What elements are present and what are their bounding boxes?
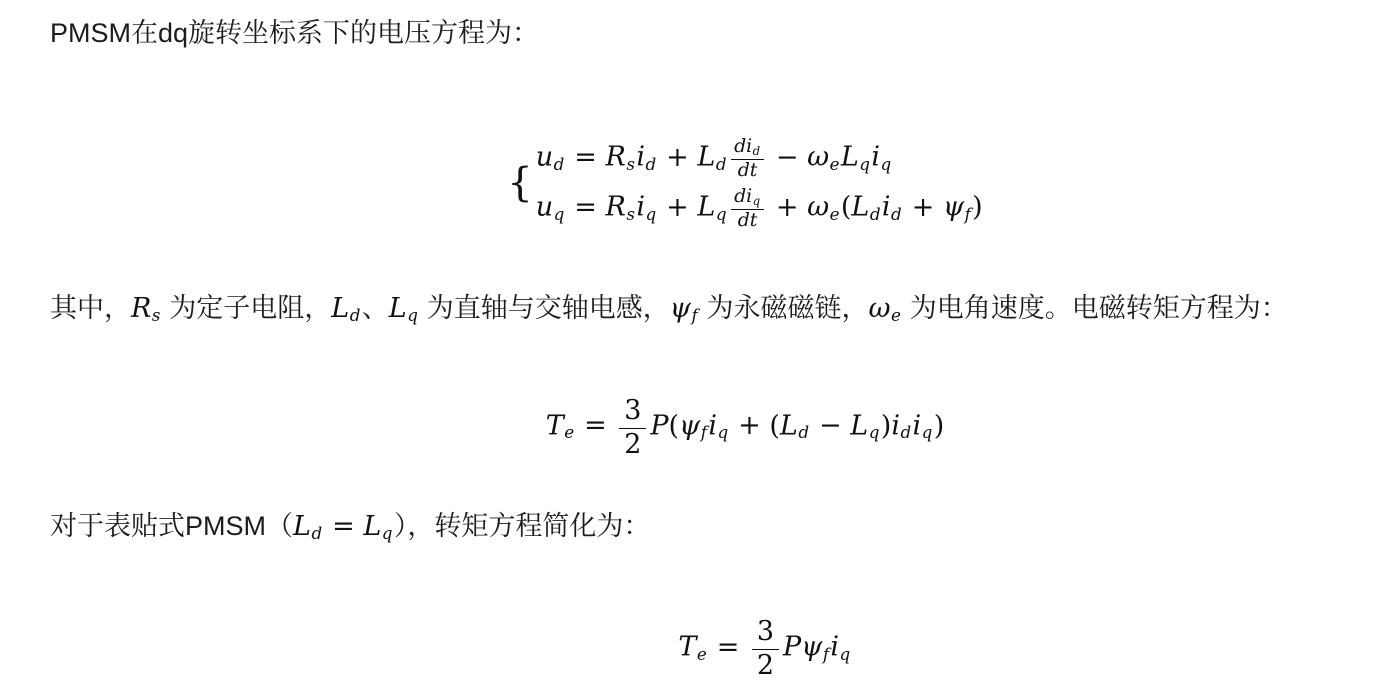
math-token: s bbox=[626, 204, 635, 224]
math-token: ω bbox=[807, 192, 829, 223]
fraction-numerator: did bbox=[731, 137, 765, 159]
equation-voltage-row: { ud=Rsid+Lddiddt−ωeLqiq uq=Rsiq+Lqdiqdt… bbox=[50, 136, 1350, 230]
left-brace: { bbox=[507, 163, 532, 203]
math-token: − bbox=[819, 410, 842, 441]
math-token: L bbox=[697, 192, 715, 223]
fraction-numerator: 3 bbox=[619, 397, 646, 428]
math-token: P bbox=[650, 410, 668, 441]
equation-uq: uq=Rsiq+Lqdiqdt+ωe(Ldid+ψf) bbox=[536, 186, 983, 230]
heading-voltage-equation: PMSM在dq旋转坐标系下的电压方程为： bbox=[50, 16, 1350, 51]
math-token: di bbox=[734, 135, 752, 157]
math-token: e bbox=[830, 204, 840, 224]
math-token: − bbox=[776, 142, 799, 173]
math-token: L bbox=[389, 293, 407, 324]
fraction: diqdt bbox=[731, 187, 765, 231]
math-token: L bbox=[697, 142, 715, 173]
math-token: 其中， bbox=[50, 293, 131, 323]
math-token: ( bbox=[841, 192, 852, 223]
equation-ud: ud=Rsid+Lddiddt−ωeLqiq bbox=[536, 136, 983, 180]
math-token: ω bbox=[807, 142, 829, 173]
math-token: 3 bbox=[757, 616, 774, 647]
math-token: q bbox=[382, 523, 393, 543]
math-token: ( bbox=[669, 410, 680, 441]
paragraph-surface-mounted-pmsm: 对于表贴式PMSM（Ld=Lq），转矩方程简化为： bbox=[50, 508, 1350, 545]
math-token: q bbox=[717, 422, 728, 442]
math-token: f bbox=[823, 644, 829, 664]
math-token: 3 bbox=[624, 395, 641, 426]
math-token: f bbox=[701, 422, 707, 442]
math-token: d bbox=[900, 422, 911, 442]
math-token: 2 bbox=[757, 650, 774, 681]
math-token: i bbox=[830, 632, 839, 663]
math-token: u bbox=[536, 192, 553, 223]
math-token: + bbox=[666, 142, 689, 173]
math-token: L bbox=[850, 410, 868, 441]
math-token: i bbox=[708, 410, 717, 441]
math-token: q bbox=[716, 204, 727, 224]
math-token: q bbox=[922, 422, 933, 442]
paragraph-parameter-definitions: 其中，Rs 为定子电阻，Ld、Lq 为直轴与交轴电感，ψf 为永磁磁链，ωe 为… bbox=[50, 290, 1350, 327]
math-token: q bbox=[840, 644, 851, 664]
fraction-numerator: diq bbox=[731, 187, 765, 209]
math-token: u bbox=[536, 142, 553, 173]
equation-voltage-system: { ud=Rsid+Lddiddt−ωeLqiq uq=Rsiq+Lqdiqdt… bbox=[507, 136, 982, 230]
math-token: + bbox=[738, 410, 761, 441]
math-token: d bbox=[311, 523, 322, 543]
math-token: i bbox=[882, 192, 891, 223]
math-token: dt bbox=[738, 209, 758, 231]
math-token: i bbox=[891, 410, 900, 441]
document: PMSM在dq旋转坐标系下的电压方程为： { ud=Rsid+Lddiddt−ω… bbox=[0, 16, 1400, 679]
math-token: f bbox=[965, 204, 971, 224]
math-token: 为定子电阻， bbox=[162, 293, 332, 323]
math-token: L bbox=[841, 142, 859, 173]
math-token: d bbox=[870, 204, 881, 224]
fraction-denominator: 2 bbox=[752, 649, 779, 681]
math-token: e bbox=[564, 422, 574, 442]
math-token: = bbox=[717, 632, 740, 663]
math-token: q bbox=[859, 154, 870, 174]
fraction: 32 bbox=[619, 397, 646, 459]
math-token: ψ bbox=[679, 410, 700, 441]
fraction-numerator: 3 bbox=[752, 618, 779, 649]
math-token: 2 bbox=[624, 429, 641, 460]
fraction-denominator: dt bbox=[731, 209, 765, 231]
math-token: P bbox=[783, 632, 801, 663]
math-token: 、 bbox=[362, 293, 389, 323]
math-token: R bbox=[606, 192, 626, 223]
math-token: d bbox=[350, 305, 361, 325]
math-token: 为永磁磁链， bbox=[699, 293, 869, 323]
math-token: = bbox=[574, 142, 597, 173]
math-token: + bbox=[912, 192, 935, 223]
math-token: L bbox=[851, 192, 869, 223]
math-token: di bbox=[734, 185, 752, 207]
math-token: L bbox=[780, 410, 798, 441]
math-token: ψ bbox=[943, 192, 964, 223]
math-token: T bbox=[678, 632, 696, 663]
math-token: L bbox=[293, 511, 311, 542]
math-token: q bbox=[753, 194, 761, 208]
math-token: ω bbox=[869, 293, 891, 324]
math-token: d bbox=[798, 422, 809, 442]
math-token: d bbox=[753, 144, 761, 158]
math-token: s bbox=[626, 154, 635, 174]
math-token: + bbox=[776, 192, 799, 223]
math-token: i bbox=[636, 192, 645, 223]
math-token: ψ bbox=[670, 293, 691, 324]
math-token: ) bbox=[881, 410, 892, 441]
math-token: i bbox=[871, 142, 880, 173]
math-token: dt bbox=[738, 159, 758, 181]
equation-torque-row: Te=32P(ψfiq+(Ld−Lq)idiq) bbox=[50, 396, 1350, 458]
math-token: i bbox=[636, 142, 645, 173]
math-token: q bbox=[554, 204, 565, 224]
fraction: 32 bbox=[752, 618, 779, 680]
math-token: = bbox=[584, 410, 607, 441]
math-token: e bbox=[891, 305, 901, 325]
math-token: = bbox=[332, 511, 355, 542]
math-token: e bbox=[830, 154, 840, 174]
math-token: d bbox=[554, 154, 565, 174]
fraction: diddt bbox=[731, 137, 765, 181]
math-token: 为电角速度。电磁转矩方程为： bbox=[902, 293, 1288, 323]
math-token: L bbox=[363, 511, 381, 542]
fraction-denominator: 2 bbox=[619, 428, 646, 460]
equation-torque-simplified-row: Te=32Pψfiq bbox=[50, 617, 1350, 679]
math-token: R bbox=[606, 142, 626, 173]
math-token: 对于表贴式PMSM（ bbox=[50, 511, 293, 541]
math-token: d bbox=[891, 204, 902, 224]
math-token: + bbox=[666, 192, 689, 223]
math-token: L bbox=[331, 293, 349, 324]
math-token: d bbox=[645, 154, 656, 174]
math-token: ( bbox=[769, 410, 780, 441]
math-token: d bbox=[716, 154, 727, 174]
math-token: ψ bbox=[801, 632, 822, 663]
math-token: ) bbox=[934, 410, 945, 441]
equation-torque: Te=32P(ψfiq+(Ld−Lq)idiq) bbox=[546, 396, 944, 458]
math-token: f bbox=[691, 305, 697, 325]
math-token: ），转矩方程简化为： bbox=[394, 511, 651, 541]
math-token: q bbox=[407, 305, 418, 325]
fraction-denominator: dt bbox=[731, 159, 765, 181]
equation-voltage-lines: ud=Rsid+Lddiddt−ωeLqiq uq=Rsiq+Lqdiqdt+ω… bbox=[536, 136, 983, 230]
math-token: q bbox=[645, 204, 656, 224]
math-token: R bbox=[131, 293, 151, 324]
math-token: 为直轴与交轴电感， bbox=[419, 293, 670, 323]
math-token: = bbox=[574, 192, 597, 223]
math-token: q bbox=[869, 422, 880, 442]
math-token: ) bbox=[972, 192, 983, 223]
equation-torque-simplified: Te=32Pψfiq bbox=[678, 617, 851, 679]
math-token: i bbox=[913, 410, 922, 441]
math-token: q bbox=[880, 154, 891, 174]
math-token: s bbox=[152, 305, 161, 325]
math-token: T bbox=[546, 410, 564, 441]
math-token: e bbox=[697, 644, 707, 664]
